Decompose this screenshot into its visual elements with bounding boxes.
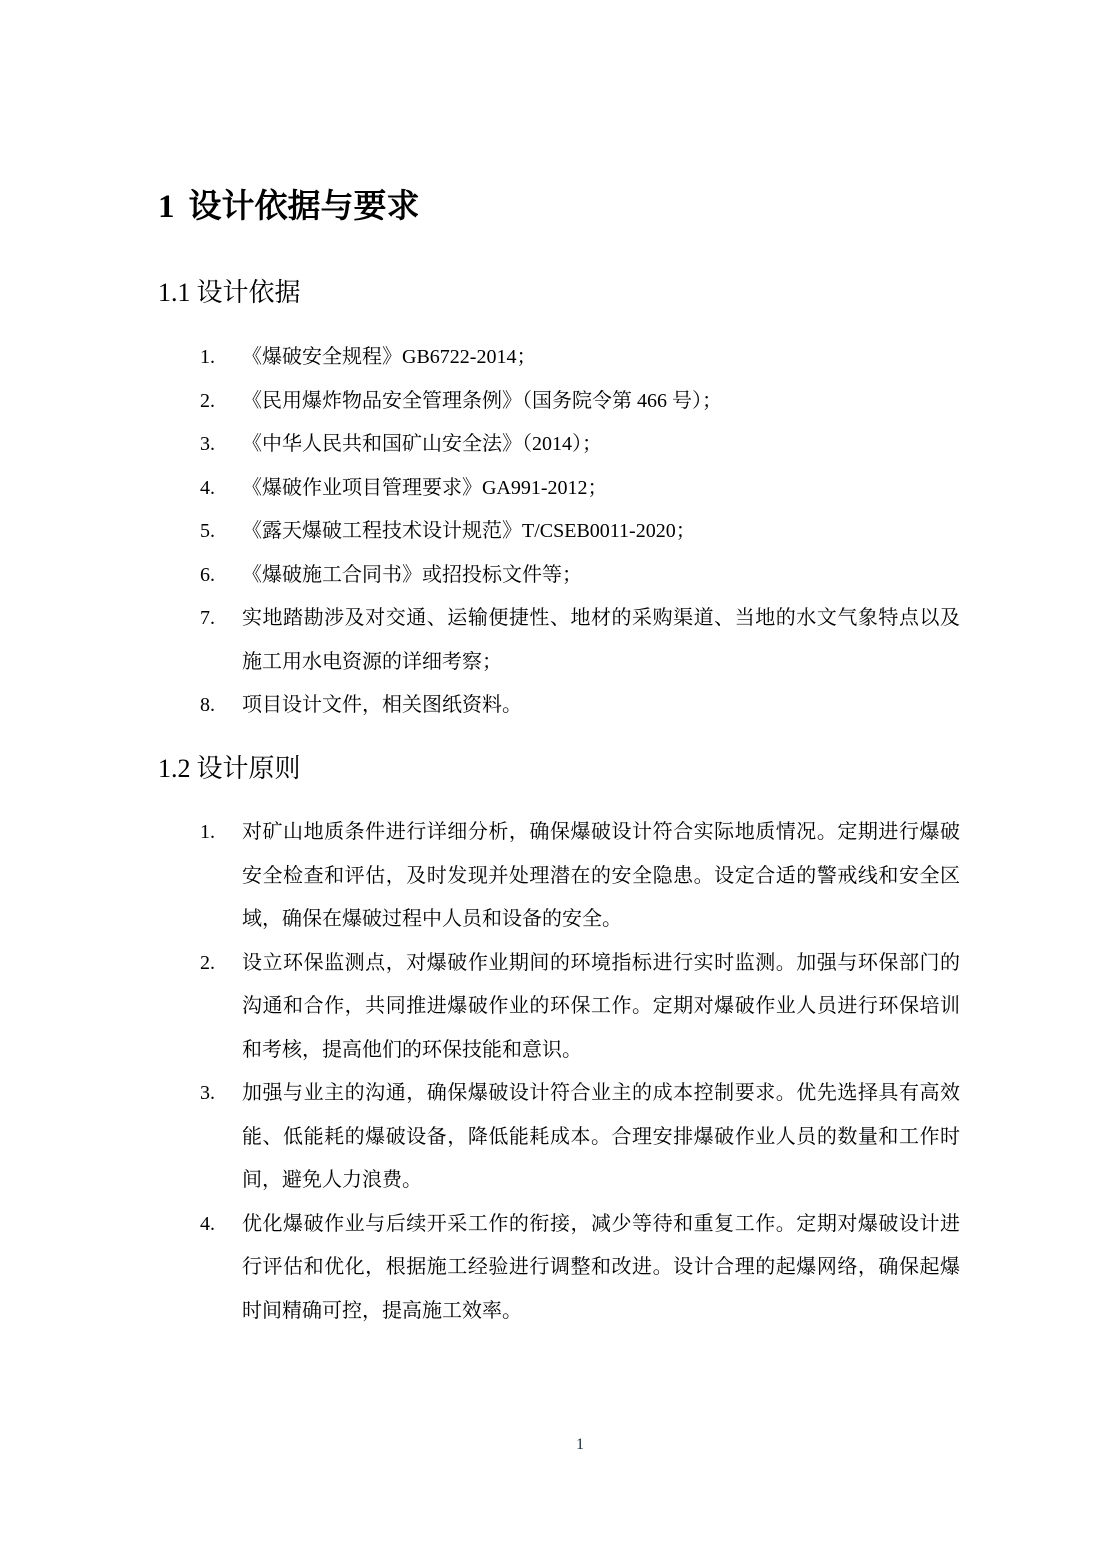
list-index: 5. — [200, 510, 215, 554]
design-basis-list: 1.《爆破安全规程》GB6722-2014； 2.《民用爆炸物品安全管理条例》（… — [200, 336, 960, 728]
list-index: 6. — [200, 554, 215, 598]
section-title: 设计原则 — [197, 754, 301, 784]
list-text: 设立环保监测点，对爆破作业期间的环境指标进行实时监测。加强与环保部门的沟通和合作… — [242, 952, 960, 1061]
list-text: 《爆破施工合同书》或招投标文件等； — [242, 564, 582, 586]
list-index: 4. — [200, 1203, 215, 1247]
list-item: 1.对矿山地质条件进行详细分析，确保爆破设计符合实际地质情况。定期进行爆破安全检… — [200, 811, 960, 942]
list-item: 4.《爆破作业项目管理要求》GA991-2012； — [200, 467, 960, 511]
document-page: 1设计依据与要求 1.1设计依据 1.《爆破安全规程》GB6722-2014； … — [0, 0, 1102, 1559]
list-index: 2. — [200, 380, 215, 424]
section-title: 设计依据 — [197, 278, 301, 308]
list-index: 3. — [200, 423, 215, 467]
list-text: 优化爆破作业与后续开采工作的衔接，减少等待和重复工作。定期对爆破设计进行评估和优… — [242, 1213, 960, 1322]
section-number: 1.1 — [158, 278, 191, 307]
list-index: 1. — [200, 336, 215, 380]
list-item: 2.设立环保监测点，对爆破作业期间的环境指标进行实时监测。加强与环保部门的沟通和… — [200, 942, 960, 1073]
list-text: 项目设计文件，相关图纸资料。 — [242, 694, 522, 716]
chapter-heading: 1设计依据与要求 — [158, 182, 420, 231]
list-item: 2.《民用爆炸物品安全管理条例》（国务院令第 466 号）； — [200, 380, 960, 424]
list-item: 1.《爆破安全规程》GB6722-2014； — [200, 336, 960, 380]
design-principles-list: 1.对矿山地质条件进行详细分析，确保爆破设计符合实际地质情况。定期进行爆破安全检… — [200, 811, 960, 1333]
section-number: 1.2 — [158, 754, 191, 783]
list-index: 1. — [200, 811, 215, 855]
list-text: 《爆破作业项目管理要求》GA991-2012； — [242, 477, 608, 499]
list-index: 2. — [200, 942, 215, 986]
list-item: 5.《露天爆破工程技术设计规范》T/CSEB0011-2020； — [200, 510, 960, 554]
list-text: 加强与业主的沟通，确保爆破设计符合业主的成本控制要求。优先选择具有高效能、低能耗… — [242, 1082, 960, 1191]
list-index: 7. — [200, 597, 215, 641]
list-text: 《爆破安全规程》GB6722-2014； — [242, 346, 536, 368]
list-index: 4. — [200, 467, 215, 511]
list-text: 《露天爆破工程技术设计规范》T/CSEB0011-2020； — [242, 520, 696, 542]
chapter-number: 1 — [158, 189, 175, 225]
list-text: 实地踏勘涉及对交通、运输便捷性、地材的采购渠道、当地的水文气象特点以及施工用水电… — [242, 607, 960, 673]
list-index: 8. — [200, 684, 215, 728]
list-item: 8.项目设计文件，相关图纸资料。 — [200, 684, 960, 728]
list-text: 《中华人民共和国矿山安全法》（2014）； — [242, 433, 602, 455]
list-index: 3. — [200, 1072, 215, 1116]
list-text: 《民用爆炸物品安全管理条例》（国务院令第 466 号）； — [242, 390, 722, 412]
section-heading-basis: 1.1设计依据 — [158, 273, 301, 313]
page-number: 1 — [0, 1436, 1102, 1454]
chapter-title: 设计依据与要求 — [189, 186, 420, 225]
list-item: 3.加强与业主的沟通，确保爆破设计符合业主的成本控制要求。优先选择具有高效能、低… — [200, 1072, 960, 1203]
list-item: 7.实地踏勘涉及对交通、运输便捷性、地材的采购渠道、当地的水文气象特点以及施工用… — [200, 597, 960, 684]
list-item: 3.《中华人民共和国矿山安全法》（2014）； — [200, 423, 960, 467]
list-item: 6.《爆破施工合同书》或招投标文件等； — [200, 554, 960, 598]
list-item: 4.优化爆破作业与后续开采工作的衔接，减少等待和重复工作。定期对爆破设计进行评估… — [200, 1203, 960, 1334]
section-heading-principles: 1.2设计原则 — [158, 749, 301, 789]
list-text: 对矿山地质条件进行详细分析，确保爆破设计符合实际地质情况。定期进行爆破安全检查和… — [242, 821, 960, 930]
